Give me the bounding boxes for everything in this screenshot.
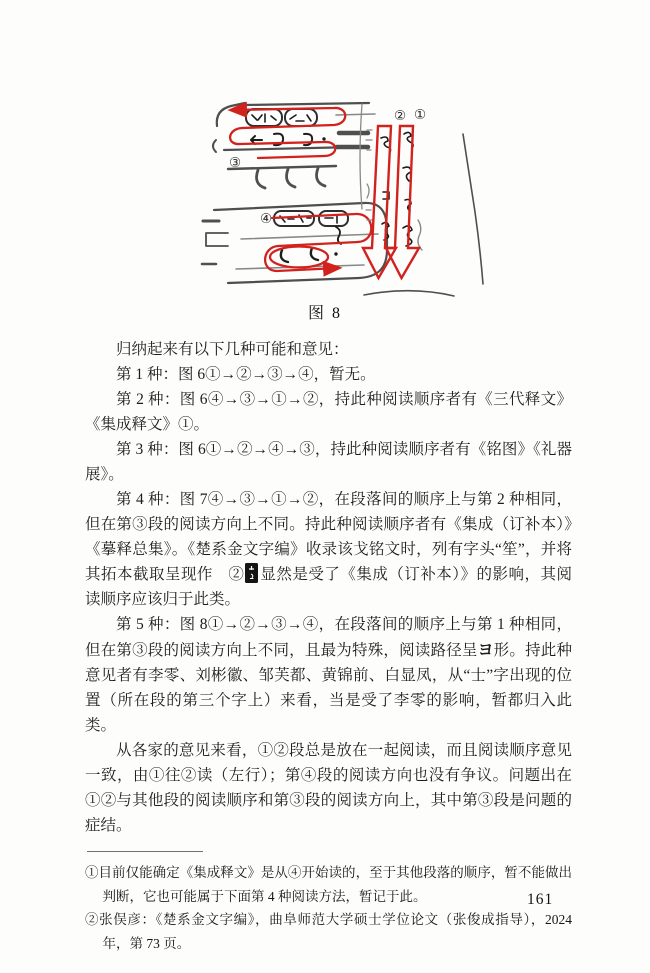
rubbing-thumbnail-image <box>214 563 227 583</box>
rubbing-segment-4-drawing: ④ <box>202 203 387 283</box>
footnote-area: ①目前仅能确定《集成释文》是从④开始读的，至于其他段落的顺序，暂不能做出判断，它… <box>85 851 572 955</box>
paragraph-text: 从各家的意见来看，①②段总是放在一起阅读，而且阅读顺序意见一致，由①往②读（左行… <box>85 742 572 834</box>
paragraph-type-2: 第 2 种：图 6④→③→①→②，持此种阅读顺序者有《三代释文》《集成释文》①。 <box>85 387 572 437</box>
segment-2-label: ② <box>394 108 406 123</box>
reading-path-shape-glyph: ヨ <box>478 640 494 659</box>
paragraph-summary: 从各家的意见来看，①②段总是放在一起阅读，而且阅读顺序意见一致，由①往②读（左行… <box>85 738 572 838</box>
glyph-box <box>285 109 317 126</box>
segment-3-label: ③ <box>229 155 241 170</box>
reading-loop-segment-4 <box>270 247 328 268</box>
rubbing-segment-3-drawing: ③ <box>213 103 375 188</box>
paragraph-text: 第 3 种：图 6①→②→④→③，持此种阅读顺序者有《铭图》《礼器展》。 <box>85 441 572 483</box>
glyph-box <box>246 109 282 126</box>
paragraph-type-4: 第 4 种：图 7④→③→①→②，在段落间的顺序上与第 2 种相同，但在第③段的… <box>85 487 572 612</box>
book-page: ③ <box>0 0 650 973</box>
paragraph-text: 归纳起来有以下几种可能和意见： <box>116 341 349 358</box>
page-number: 161 <box>527 891 553 909</box>
paragraph-type-3: 第 3 种：图 6①→②→④→③，持此种阅读顺序者有《铭图》《礼器展》。 <box>85 437 572 487</box>
footnote-2: ②张俣彦：《楚系金文字编》，曲阜师范大学硕士学位论文（张俊成指导），2024 年… <box>85 908 572 955</box>
paragraph-text: 第 1 种：图 6①→②→③→④，暂无。 <box>116 366 376 383</box>
paragraph-intro: 归纳起来有以下几种可能和意见： <box>85 337 572 362</box>
paragraph-text: 第 2 种：图 6④→③→①→②，持此种阅读顺序者有《三代释文》《集成释文》①。 <box>85 391 572 433</box>
paragraph-type-1: 第 1 种：图 6①→②→③→④，暂无。 <box>85 362 572 387</box>
rubbing-segments-1-2-drawing: ② ① <box>360 104 483 296</box>
footnote-divider <box>87 851 203 852</box>
figure-8-illustration: ③ <box>186 92 516 298</box>
segment-4-label: ④ <box>260 211 272 226</box>
segment-1-label: ① <box>414 107 426 122</box>
figure-8: ③ <box>0 0 650 323</box>
figure-caption: 图 8 <box>0 300 650 323</box>
footnote-1: ①目前仅能确定《集成释文》是从④开始读的，至于其他段落的顺序，暂不能做出判断，它… <box>85 861 572 908</box>
body-text: 归纳起来有以下几种可能和意见： 第 1 种：图 6①→②→③→④，暂无。 第 2… <box>85 337 572 838</box>
paragraph-type-5: 第 5 种：图 8①→②→③→④，在段落间的顺序上与第 1 种相同，但在第③段的… <box>85 612 572 738</box>
